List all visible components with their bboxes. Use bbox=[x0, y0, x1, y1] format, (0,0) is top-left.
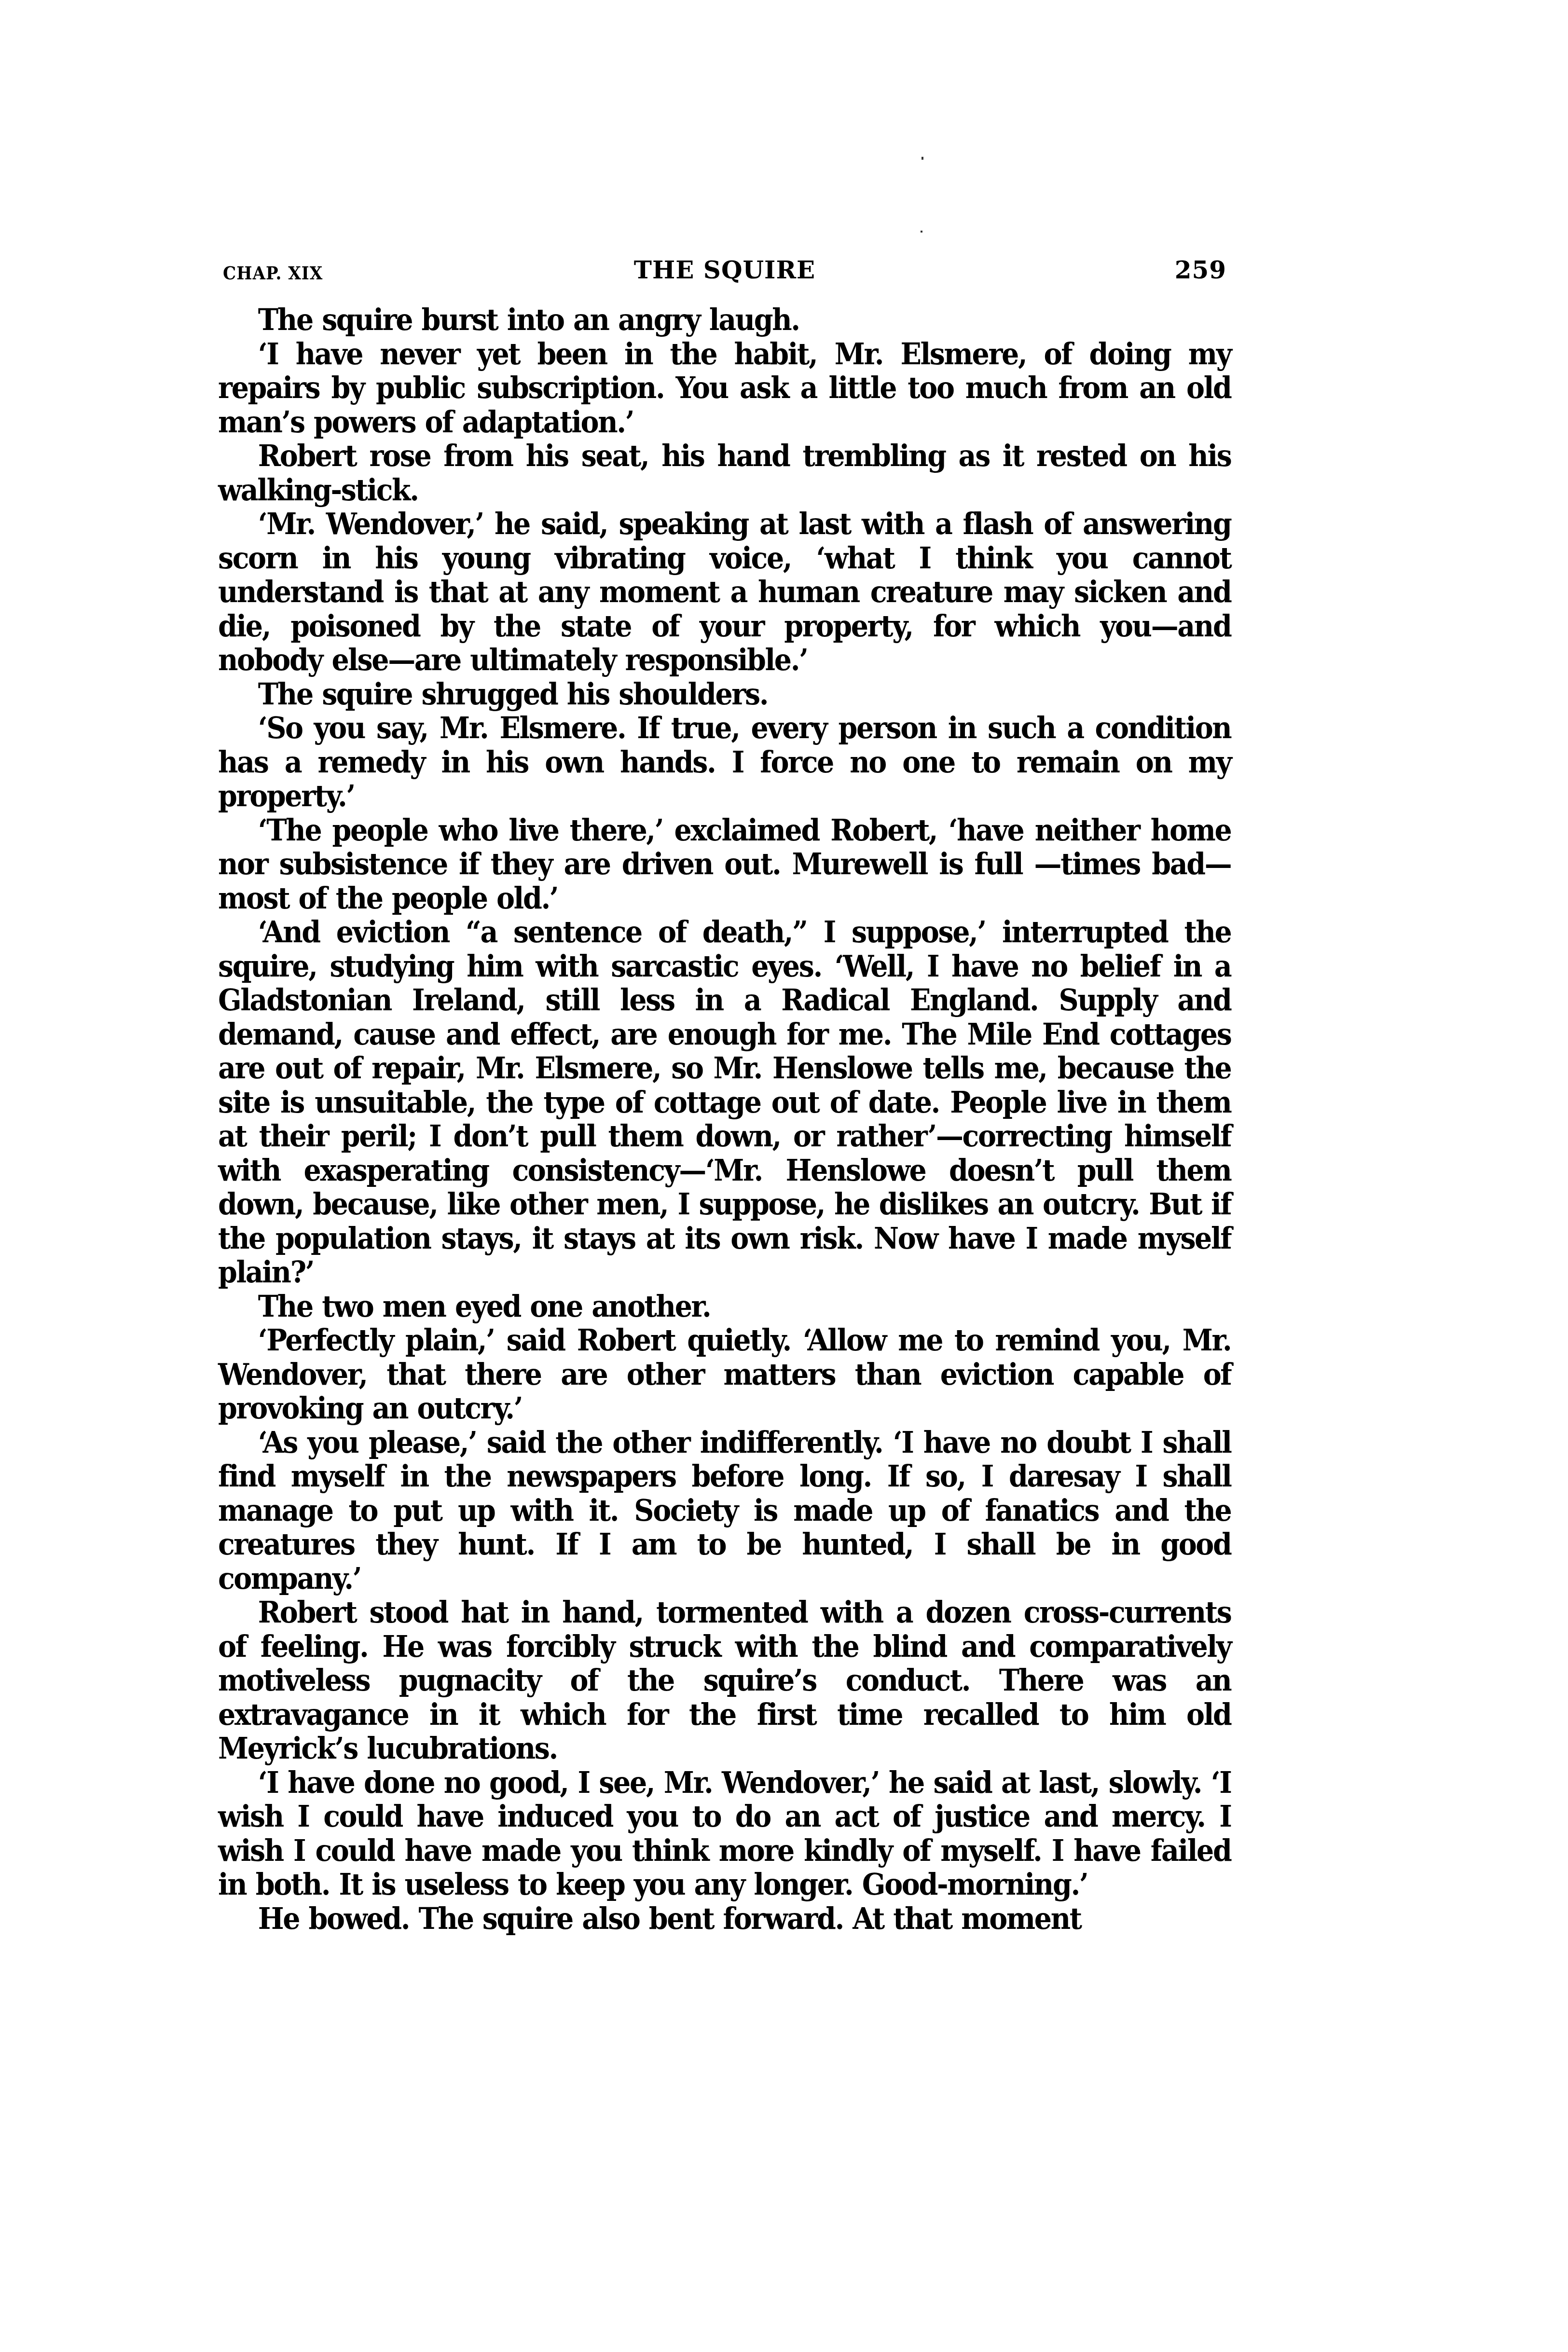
paragraph: ‘As you please,’ said the other indiffer… bbox=[218, 1426, 1231, 1596]
paragraph: ‘I have done no good, I see, Mr. Wendove… bbox=[218, 1766, 1231, 1902]
paragraph: ‘And eviction “a sentence of death,” I s… bbox=[218, 915, 1231, 1290]
paragraph: ‘Perfectly plain,’ said Robert quietly. … bbox=[218, 1323, 1231, 1426]
scan-speck bbox=[921, 231, 922, 233]
paragraph: The two men eyed one another. bbox=[218, 1290, 1231, 1324]
paragraph: ‘The people who live there,’ exclaimed R… bbox=[218, 813, 1231, 916]
paragraph: ‘Mr. Wendover,’ he said, speaking at las… bbox=[218, 507, 1231, 677]
scan-speck bbox=[922, 157, 923, 160]
running-head: CHAP. XIX THE SQUIRE 259 bbox=[218, 251, 1231, 289]
page-title: THE SQUIRE bbox=[218, 251, 1231, 289]
body-text: The squire burst into an angry laugh. ‘I… bbox=[218, 303, 1231, 1936]
paragraph: ‘So you say, Mr. Elsmere. If true, every… bbox=[218, 711, 1231, 813]
paragraph: The squire shrugged his shoulders. bbox=[218, 677, 1231, 712]
paragraph: ‘I have never yet been in the habit, Mr.… bbox=[218, 337, 1231, 440]
paragraph: He bowed. The squire also bent forward. … bbox=[218, 1902, 1231, 1936]
paragraph: Robert rose from his seat, his hand trem… bbox=[218, 439, 1231, 507]
paragraph: The squire burst into an angry laugh. bbox=[218, 303, 1231, 337]
paragraph: Robert stood hat in hand, tormented with… bbox=[218, 1596, 1231, 1766]
page-number: 259 bbox=[1175, 251, 1226, 289]
book-page: CHAP. XIX THE SQUIRE 259 The squire burs… bbox=[218, 251, 1231, 1936]
